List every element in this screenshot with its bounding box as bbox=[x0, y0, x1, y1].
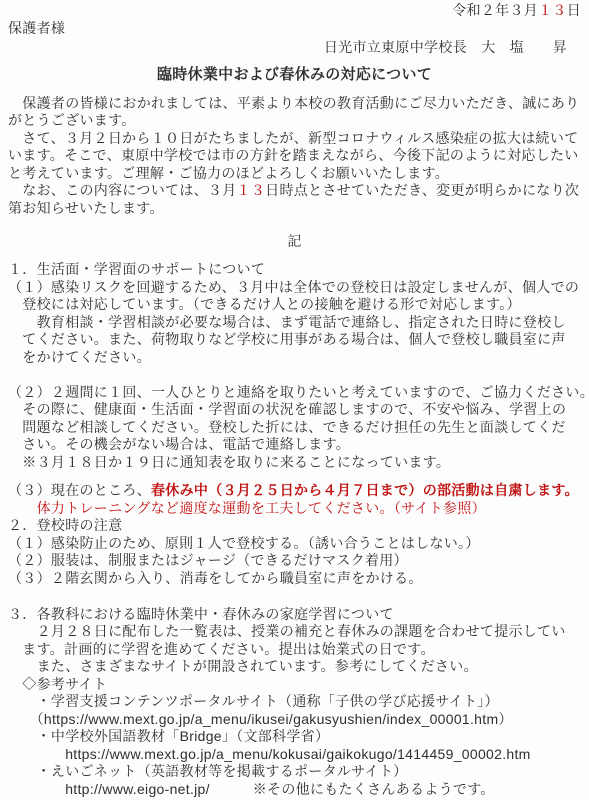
section-3-heading: ３．各教科における臨時休業中・春休みの家庭学習について bbox=[8, 606, 581, 624]
text-segment: 日時点とさせていただき、変更が明らかになり次 bbox=[265, 182, 579, 198]
text-segment: 臨時休業中および春休みの対応について bbox=[157, 66, 432, 83]
text-segment: （２）２週間に１回、一人ひとりと連絡を取りたいと考えていますので、ご協力ください… bbox=[8, 384, 589, 400]
text-segment: をかけてください。 bbox=[8, 349, 151, 365]
blank-space bbox=[8, 250, 581, 261]
text-segment: https://www.mext.go.jp/a_menu/kokusai/ga… bbox=[8, 746, 531, 762]
text-segment: ３．各教科における臨時休業中・春休みの家庭学習について bbox=[8, 606, 394, 622]
red-highlight-text: １３ bbox=[538, 2, 567, 18]
text-segment: その際に、健康面・生活面・学習面の状況を確認しますので、不安や悩み、学習上の bbox=[8, 401, 566, 417]
addressee-line: 保護者様 bbox=[8, 20, 581, 38]
blank-space bbox=[8, 57, 581, 65]
reference-site-url: https://www.mext.go.jp/a_menu/kokusai/ga… bbox=[8, 746, 581, 764]
text-segment: ・えいごネット（英語教材等を掲載するポータルサイト） bbox=[8, 763, 407, 779]
section-2-item-2: （２）服装は、制服またはジャージ（できるだけマスク着用） bbox=[8, 552, 581, 570]
text-segment: てください。また、荷物取りなど学校に用事がある場合は、個人で登校し職員室に声 bbox=[8, 331, 566, 347]
text-segment: います。そこで、東原中学校では市の方針を踏まえながら、今後下記のように対応したい bbox=[8, 147, 579, 163]
section-2-heading: ２．登校時の注意 bbox=[8, 517, 581, 535]
text-segment: と考えています。ご理解・ご協力のほどよろしくお願いいたします。 bbox=[8, 165, 449, 181]
text-segment: ※３月１８日か１９日に通知表を取りに来ることになっています。 bbox=[8, 454, 450, 470]
intro-line: います。そこで、東原中学校では市の方針を踏まえながら、今後下記のように対応したい bbox=[8, 147, 581, 165]
intro-line: と考えています。ご理解・ご協力のほどよろしくお願いいたします。 bbox=[8, 165, 581, 183]
doc-title: 臨時休業中および春休みの対応について bbox=[8, 65, 581, 85]
text-segment: 登校には対応しています。（できるだけ人との接触を避ける形で対応します。） bbox=[8, 296, 521, 312]
text-segment: （https://www.mext.go.jp/a_menu/ikusei/ga… bbox=[8, 711, 513, 727]
blank-space bbox=[8, 471, 581, 482]
text-segment: なお、この内容については、３月 bbox=[8, 182, 237, 198]
section-1-item-2: さい。その機会がない場合は、電話で連絡します。 bbox=[8, 436, 581, 454]
text-segment: ・中学校外国語教材「Bridge」（文部科学省） bbox=[8, 728, 329, 744]
intro-line: 第お知らせいたします。 bbox=[8, 200, 581, 218]
text-segment: ます。計画的に学習を進めてください。提出は始業式の日です。 bbox=[8, 641, 435, 657]
intro-line: さて、３月２日から１０日がたちましたが、新型コロナウィルス感染症の拡大は続いて bbox=[8, 130, 581, 148]
text-segment: （３）２階玄関から入り、消毒をしてから職員室に声をかける。 bbox=[8, 570, 423, 586]
section-3-body: ２月２８日に配布した一覧表は、授業の補充と春休みの課題を合わせて提示してい bbox=[8, 623, 581, 641]
text-segment: （２）服装は、制服またはジャージ（できるだけマスク着用） bbox=[8, 552, 408, 568]
reference-sites-heading: ◇参考サイト bbox=[8, 676, 581, 694]
text-segment: 日光市立東原中学校長 大 塩 昇 bbox=[324, 39, 567, 55]
text-segment: 教育相談・学習相談が必要な場合は、まず電話で連絡し、指定された日時に登校し bbox=[8, 314, 566, 330]
text-segment: ◇参考サイト bbox=[8, 676, 107, 692]
section-1-item-1: 登校には対応しています。（できるだけ人との接触を避ける形で対応します。） bbox=[8, 296, 581, 314]
section-3-body: また、さまざまなサイトが開設されています。参考にしてください。 bbox=[8, 658, 581, 676]
blank-space bbox=[8, 85, 581, 95]
red-highlight-text: 体力トレーニングなど適度な運動を工夫してください。（サイト参照） bbox=[8, 500, 486, 516]
section-1-item-1: をかけてください。 bbox=[8, 349, 581, 367]
section-1-item-2: （２）２週間に１回、一人ひとりと連絡を取りたいと考えていますので、ご協力ください… bbox=[8, 384, 581, 402]
section-1-item-1: てください。また、荷物取りなど学校に用事がある場合は、個人で登校し職員室に声 bbox=[8, 331, 581, 349]
text-segment: １．生活面・学習面のサポートについて bbox=[8, 261, 265, 277]
text-segment: また、さまざまなサイトが開設されています。参考にしてください。 bbox=[8, 658, 478, 674]
text-segment: 第お知らせいたします。 bbox=[8, 200, 164, 216]
section-1-item-2: ※３月１８日か１９日に通知表を取りに来ることになっています。 bbox=[8, 454, 581, 472]
intro-line: なお、この内容については、３月１３日時点とさせていただき、変更が明らかになり次 bbox=[8, 182, 581, 200]
text-segment: 保護者様 bbox=[8, 20, 65, 36]
section-2-item-3: （３）２階玄関から入り、消毒をしてから職員室に声をかける。 bbox=[8, 570, 581, 588]
text-segment: 令和２年３月 bbox=[452, 2, 538, 18]
section-1-item-1: 教育相談・学習相談が必要な場合は、まず電話で連絡し、指定された日時に登校し bbox=[8, 314, 581, 332]
text-segment: 記 bbox=[287, 233, 301, 249]
sender-line: 日光市立東原中学校長 大 塩 昇 bbox=[8, 39, 581, 57]
text-segment: さて、３月２日から１０日がたちましたが、新型コロナウィルス感染症の拡大は続いて bbox=[8, 130, 578, 146]
date-line: 令和２年３月１３日 bbox=[8, 2, 581, 20]
reference-site-item: ・中学校外国語教材「Bridge」（文部科学省） bbox=[8, 728, 581, 746]
reference-site-item: ・学習支援コンテンツポータルサイト（通称「子供の学び応援サイト」） bbox=[8, 693, 581, 711]
text-segment: http://www.eigo-net.jp/ ※その他にもたくさんあるようです… bbox=[8, 781, 495, 797]
blank-space bbox=[8, 587, 581, 606]
section-1-item-3: （３）現在のところ、春休み中（３月２５日から４月７日まで）の部活動は自粛します。 bbox=[8, 482, 581, 500]
section-2-item-1: （１）感染防止のため、原則１人で登校する。（誘い合うことはしない。） bbox=[8, 535, 581, 553]
text-segment: ２月２８日に配布した一覧表は、授業の補充と春休みの課題を合わせて提示してい bbox=[8, 623, 566, 639]
text-segment: （３）現在のところ、 bbox=[8, 482, 151, 498]
reference-site-url: http://www.eigo-net.jp/ ※その他にもたくさんあるようです… bbox=[8, 781, 581, 799]
text-segment: さい。その機会がない場合は、電話で連絡します。 bbox=[8, 436, 350, 452]
section-1-item-2: その際に、健康面・生活面・学習面の状況を確認しますので、不安や悩み、学習上の bbox=[8, 401, 581, 419]
blank-space bbox=[8, 366, 581, 384]
text-segment: ２．登校時の注意 bbox=[8, 517, 122, 533]
text-segment: 問題など相談してください。登校した折には、できるだけ担任の先生と面談してくだ bbox=[8, 419, 566, 435]
text-segment: （１）感染防止のため、原則１人で登校する。（誘い合うことはしない。） bbox=[8, 535, 480, 551]
intro-line: がとうございます。 bbox=[8, 112, 581, 130]
section-1-heading: １．生活面・学習面のサポートについて bbox=[8, 261, 581, 279]
text-segment: 日 bbox=[567, 2, 581, 18]
section-1-item-2: 問題など相談してください。登校した折には、できるだけ担任の先生と面談してくだ bbox=[8, 419, 581, 437]
red-highlight-text: 春休み中（３月２５日から４月７日まで）の部活動は自粛します。 bbox=[151, 482, 579, 498]
reference-site-url: （https://www.mext.go.jp/a_menu/ikusei/ga… bbox=[8, 711, 581, 729]
reference-site-item: ・えいごネット（英語教材等を掲載するポータルサイト） bbox=[8, 763, 581, 781]
text-segment: がとうございます。 bbox=[8, 112, 136, 128]
section-3-body: ます。計画的に学習を進めてください。提出は始業式の日です。 bbox=[8, 641, 581, 659]
section-1-item-1: （１）感染リスクを回避するため、３月中は全体での登校日は設定しませんが、個人での bbox=[8, 279, 581, 297]
document-page: 令和２年３月１３日保護者様日光市立東原中学校長 大 塩 昇臨時休業中および春休み… bbox=[0, 0, 589, 800]
text-segment: 保護者の皆様におかれましては、平素より本校の教育活動にご尽力いただき、誠にあり bbox=[8, 95, 579, 111]
intro-line: 保護者の皆様におかれましては、平素より本校の教育活動にご尽力いただき、誠にあり bbox=[8, 95, 581, 113]
red-highlight-text: １３ bbox=[237, 182, 266, 198]
text-segment: ・学習支援コンテンツポータルサイト（通称「子供の学び応援サイト」） bbox=[8, 693, 499, 709]
ki-marker: 記 bbox=[8, 232, 581, 250]
section-1-item-3: 体力トレーニングなど適度な運動を工夫してください。（サイト参照） bbox=[8, 500, 581, 518]
text-segment: （１）感染リスクを回避するため、３月中は全体での登校日は設定しませんが、個人での bbox=[8, 279, 579, 295]
blank-space bbox=[8, 217, 581, 232]
